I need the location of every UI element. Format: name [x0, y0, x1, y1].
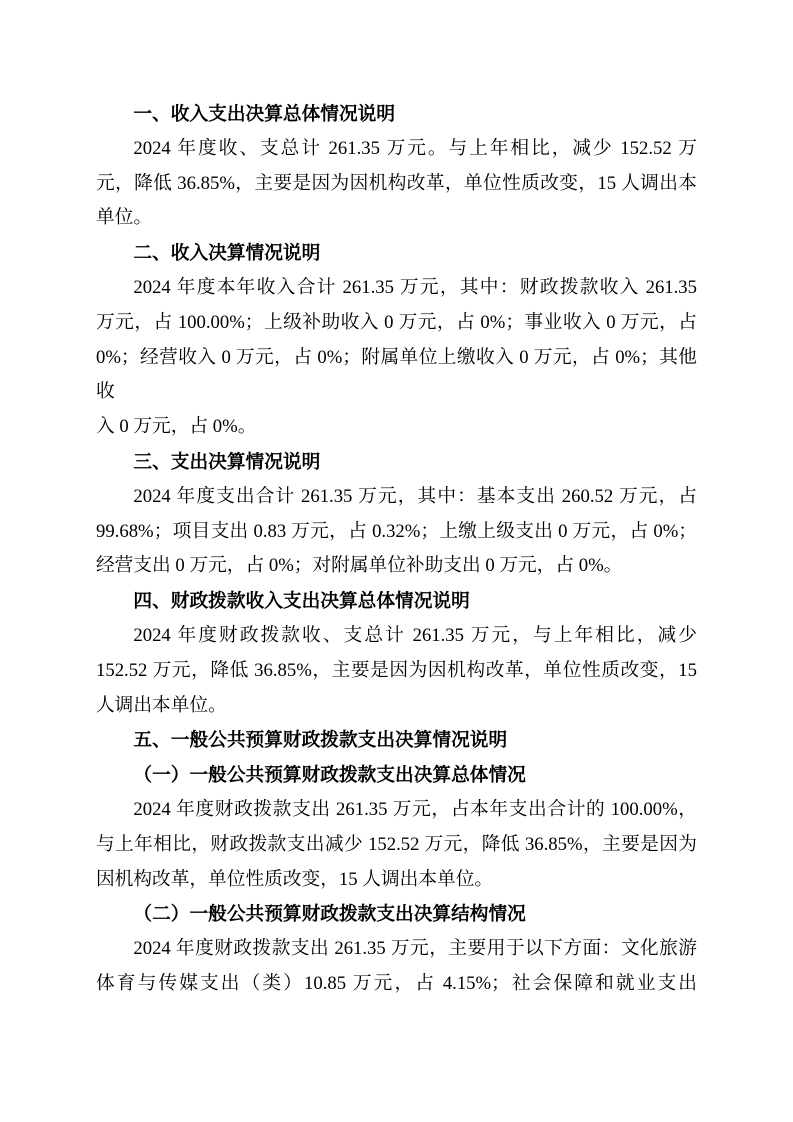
paragraph-line: 单位。: [96, 201, 697, 236]
paragraph-line: 万元，占 100.00%；上级补助收入 0 万元，占 0%；事业收入 0 万元，…: [96, 306, 697, 341]
section-heading-5: 五、一般公共预算财政拨款支出决算情况说明: [96, 723, 697, 758]
paragraph-line: 2024 年度本年收入合计 261.35 万元，其中：财政拨款收入 261.35: [96, 271, 697, 306]
paragraph-line: 0%；经营收入 0 万元，占 0%；附属单位上缴收入 0 万元，占 0%；其他收: [96, 341, 697, 411]
document-page: 一、收入支出决算总体情况说明 2024 年度收、支总计 261.35 万元。与上…: [0, 0, 793, 1122]
paragraph-line: 元，降低 36.85%，主要是因为因机构改革，单位性质改变，15 人调出本: [96, 167, 697, 202]
paragraph-line: 体育与传媒支出（类）10.85 万元，占 4.15%；社会保障和就业支出: [96, 967, 697, 1002]
paragraph-line: 2024 年度财政拨款收、支总计 261.35 万元，与上年相比，减少: [96, 619, 697, 654]
paragraph-line: 2024 年度收、支总计 261.35 万元。与上年相比，减少 152.52 万: [96, 132, 697, 167]
paragraph-line: 99.68%；项目支出 0.83 万元，占 0.32%；上缴上级支出 0 万元，…: [96, 515, 697, 550]
section-heading-2: 二、收入决算情况说明: [96, 236, 697, 271]
section-heading-1: 一、收入支出决算总体情况说明: [96, 97, 697, 132]
paragraph-line: 2024 年度财政拨款支出 261.35 万元，占本年支出合计的 100.00%…: [96, 793, 697, 828]
paragraph-line: 2024 年度财政拨款支出 261.35 万元，主要用于以下方面：文化旅游: [96, 932, 697, 967]
paragraph-5-2: 2024 年度财政拨款支出 261.35 万元，主要用于以下方面：文化旅游 体育…: [96, 932, 697, 1002]
paragraph-line: 2024 年度支出合计 261.35 万元，其中：基本支出 260.52 万元，…: [96, 480, 697, 515]
subsection-heading-5-2: （二）一般公共预算财政拨款支出决算结构情况: [96, 897, 697, 932]
paragraph-line: 人调出本单位。: [96, 689, 697, 724]
paragraph-line: 入 0 万元，占 0%。: [96, 410, 697, 445]
paragraph-line: 因机构改革，单位性质改变，15 人调出本单位。: [96, 863, 697, 898]
paragraph-4: 2024 年度财政拨款收、支总计 261.35 万元，与上年相比，减少 152.…: [96, 619, 697, 723]
paragraph-2: 2024 年度本年收入合计 261.35 万元，其中：财政拨款收入 261.35…: [96, 271, 697, 445]
paragraph-line: 经营支出 0 万元，占 0%；对附属单位补助支出 0 万元，占 0%。: [96, 549, 697, 584]
paragraph-1: 2024 年度收、支总计 261.35 万元。与上年相比，减少 152.52 万…: [96, 132, 697, 236]
subsection-heading-5-1: （一）一般公共预算财政拨款支出决算总体情况: [96, 758, 697, 793]
paragraph-line: 与上年相比，财政拨款支出减少 152.52 万元，降低 36.85%，主要是因为: [96, 828, 697, 863]
section-heading-3: 三、支出决算情况说明: [96, 445, 697, 480]
paragraph-3: 2024 年度支出合计 261.35 万元，其中：基本支出 260.52 万元，…: [96, 480, 697, 584]
paragraph-line: 152.52 万元，降低 36.85%，主要是因为因机构改革，单位性质改变，15: [96, 654, 697, 689]
paragraph-5-1: 2024 年度财政拨款支出 261.35 万元，占本年支出合计的 100.00%…: [96, 793, 697, 897]
document-content: 一、收入支出决算总体情况说明 2024 年度收、支总计 261.35 万元。与上…: [96, 97, 697, 1002]
section-heading-4: 四、财政拨款收入支出决算总体情况说明: [96, 584, 697, 619]
